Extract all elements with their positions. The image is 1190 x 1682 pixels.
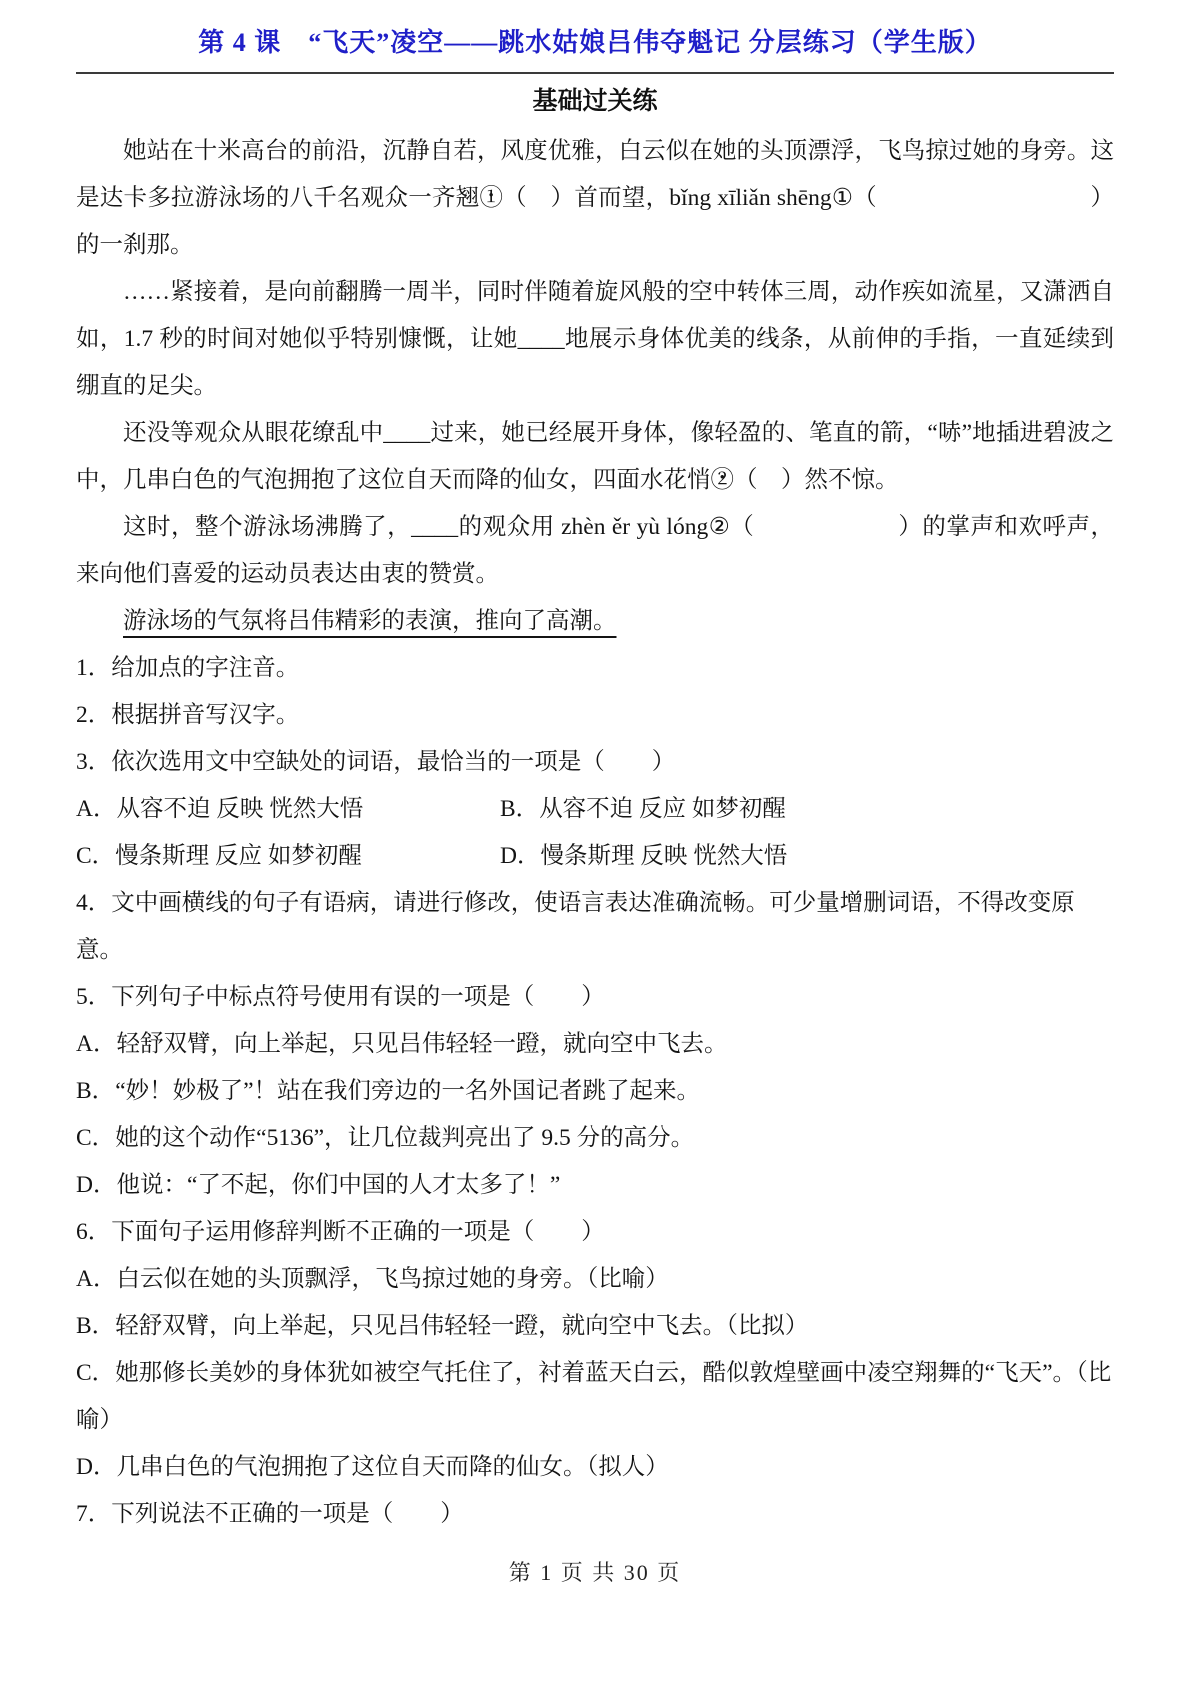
option-text: 她那修长美妙的身体犹如被空气托住了，衬着蓝天白云，酷似敦煌壁画中凌空翔舞的“飞天… [76,1360,1111,1433]
option-text: 从容不迫 反应 如梦初醒 [539,796,786,822]
question-text: 给加点的字注音。 [111,655,299,681]
question-6-option-c: C．她那修长美妙的身体犹如被空气托住了，衬着蓝天白云，酷似敦煌壁画中凌空翔舞的“… [76,1350,1114,1444]
passage-text: ②（ ）然不惊。 [711,467,899,493]
question-text: 文中画横线的句子有语病，请进行修改，使语言表达准确流畅。可少量增删词语，不得改变… [76,890,1075,963]
option-c: C．慢条斯理 反应 如梦初醒 [76,833,500,880]
question-number: 2． [76,702,111,728]
option-text: 轻舒双臂，向上举起，只见吕伟轻轻一蹬，就向空中飞去。 [116,1031,727,1057]
passage-paragraph-1: 她站在十米高台的前沿，沉静自若，风度优雅，白云似在她的头顶漂浮，飞鸟掠过她的身旁… [76,128,1114,269]
option-label: D． [76,1454,116,1480]
question-3: 3．依次选用文中空缺处的词语，最恰当的一项是（ ） [76,739,1114,786]
option-text: 她的这个动作“5136”，让几位裁判亮出了 9.5 分的高分。 [115,1125,694,1151]
question-number: 1． [76,655,111,681]
question-number: 5． [76,984,111,1010]
option-text: 白云似在她的头顶飘浮，飞鸟掠过她的身旁。（比喻） [116,1266,668,1292]
passage-text: 还没等观众从眼花缭乱中____过来，她已经展开身体，像轻盈的、笔直的箭，“哧”地… [76,420,1114,493]
question-text: 下面句子运用修辞判断不正确的一项是（ ） [111,1219,605,1245]
option-text: “妙！妙极了”！站在我们旁边的一名外国记者跳了起来。 [115,1078,700,1104]
question-5-option-b: B．“妙！妙极了”！站在我们旁边的一名外国记者跳了起来。 [76,1068,1114,1115]
page-footer: 第 1 页 共 30 页 [0,1556,1190,1587]
option-d: D．慢条斯理 反映 恍然大悟 [500,833,1114,880]
underlined-sentence: 游泳场的气氛将吕伟精彩的表演，推向了高潮。 [123,608,617,634]
question-5-option-a: A．轻舒双臂，向上举起，只见吕伟轻轻一蹬，就向空中飞去。 [76,1021,1114,1068]
option-label: A． [76,1031,116,1057]
question-6-option-d: D．几串白色的气泡拥抱了这位自天而降的仙女。（拟人） [76,1444,1114,1491]
question-1: 1．给加点的字注音。 [76,645,1114,692]
title-divider [76,72,1114,74]
question-4: 4．文中画横线的句子有语病，请进行修改，使语言表达准确流畅。可少量增删词语，不得… [76,880,1114,974]
question-3-options-row-2: C．慢条斯理 反应 如梦初醒 D．慢条斯理 反映 恍然大悟 [76,833,1114,880]
question-number: 7． [76,1501,111,1527]
option-text: 几串白色的气泡拥抱了这位自天而降的仙女。（拟人） [116,1454,668,1480]
option-b: B．从容不迫 反应 如梦初醒 [500,786,1114,833]
question-5-option-d: D．他说：“了不起，你们中国的人才太多了！” [76,1162,1114,1209]
option-text: 从容不迫 反映 恍然大悟 [116,796,363,822]
option-label: C． [76,843,115,869]
option-label: B． [500,796,539,822]
question-text: 下列说法不正确的一项是（ ） [111,1501,464,1527]
option-label: B． [76,1313,115,1339]
emphasized-char: 悄 [687,467,711,493]
option-label: D． [76,1172,116,1198]
emphasized-char: 翘 [456,185,480,211]
question-text: 下列句子中标点符号使用有误的一项是（ ） [111,984,605,1010]
worksheet-page: 第 4 课 “飞天”凌空——跳水姑娘吕伟夺魁记 分层练习（学生版） 基础过关练 … [0,0,1190,1682]
question-5: 5．下列句子中标点符号使用有误的一项是（ ） [76,974,1114,1021]
option-label: A． [76,1266,116,1292]
option-label: D． [500,843,540,869]
question-2: 2．根据拼音写汉字。 [76,692,1114,739]
option-label: C． [76,1125,115,1151]
question-5-option-c: C．她的这个动作“5136”，让几位裁判亮出了 9.5 分的高分。 [76,1115,1114,1162]
question-number: 3． [76,749,111,775]
option-label: B． [76,1078,115,1104]
question-3-options-row-1: A．从容不迫 反映 恍然大悟 B．从容不迫 反应 如梦初醒 [76,786,1114,833]
question-number: 6． [76,1219,111,1245]
option-text: 慢条斯理 反映 恍然大悟 [540,843,787,869]
question-text: 根据拼音写汉字。 [111,702,299,728]
option-label: A． [76,796,116,822]
option-text: 他说：“了不起，你们中国的人才太多了！” [116,1172,560,1198]
question-6-option-b: B．轻舒双臂，向上举起，只见吕伟轻轻一蹬，就向空中飞去。（比拟） [76,1303,1114,1350]
question-6: 6．下面句子运用修辞判断不正确的一项是（ ） [76,1209,1114,1256]
passage-paragraph-2: ……紧接着，是向前翻腾一周半，同时伴随着旋风般的空中转体三周，动作疾如流星，又潇… [76,269,1114,410]
option-a: A．从容不迫 反映 恍然大悟 [76,786,500,833]
passage-paragraph-5: 游泳场的气氛将吕伟精彩的表演，推向了高潮。 [76,598,1114,645]
page-content: 第 4 课 “飞天”凌空——跳水姑娘吕伟夺魁记 分层练习（学生版） 基础过关练 … [0,0,1190,1538]
option-label: C． [76,1360,115,1386]
section-heading: 基础过关练 [76,82,1114,122]
passage-paragraph-3: 还没等观众从眼花缭乱中____过来，她已经展开身体，像轻盈的、笔直的箭，“哧”地… [76,410,1114,504]
passage-paragraph-4: 这时，整个游泳场沸腾了，____的观众用 zhèn ěr yù lóng②（ ）… [76,504,1114,598]
option-text: 慢条斯理 反应 如梦初醒 [115,843,362,869]
page-title: 第 4 课 “飞天”凌空——跳水姑娘吕伟夺魁记 分层练习（学生版） [76,24,1114,62]
question-6-option-a: A．白云似在她的头顶飘浮，飞鸟掠过她的身旁。（比喻） [76,1256,1114,1303]
question-number: 4． [76,890,111,916]
option-text: 轻舒双臂，向上举起，只见吕伟轻轻一蹬，就向空中飞去。（比拟） [115,1313,808,1339]
question-text: 依次选用文中空缺处的词语，最恰当的一项是（ ） [111,749,675,775]
question-7: 7．下列说法不正确的一项是（ ） [76,1491,1114,1538]
